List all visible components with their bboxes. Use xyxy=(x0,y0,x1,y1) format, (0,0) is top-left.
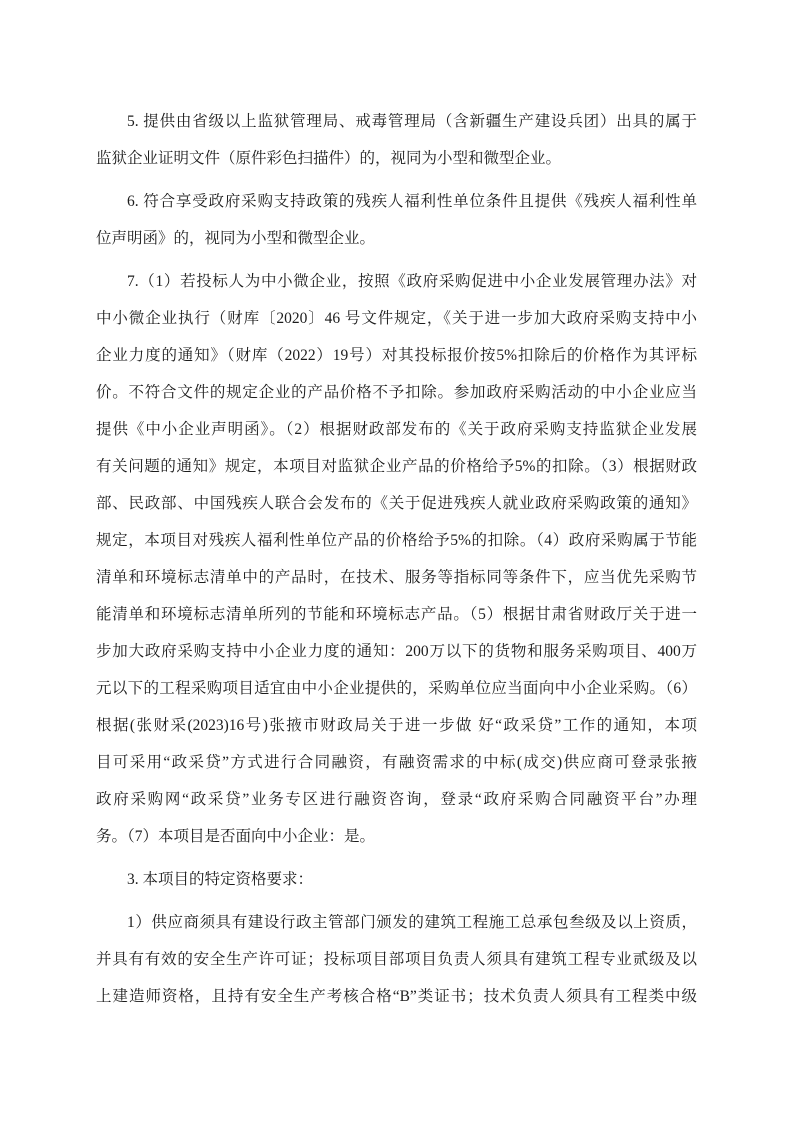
clause-3-specific-qualification-heading: 3. 本项目的特定资格要求： xyxy=(96,861,697,898)
text-line: 目可采用“政采贷”方式进行合同融资，有融资需求的中标(成交)供应商可登录张掖 xyxy=(96,744,697,781)
text-line: 能清单和环境标志清单所列的节能和环境标志产品。（5）根据甘肃省财政厅关于进一 xyxy=(96,596,697,633)
text-line: 政府采购网“政采贷”业务专区进行融资咨询，登录“政府采购合同融资平台”办理 xyxy=(96,781,697,818)
text-line: 6. 符合享受政府采购支持政策的残疾人福利性单位条件且提供《残疾人福利性单 xyxy=(96,183,697,220)
text-line: 元以下的工程采购项目适宜由中小企业提供的，采购单位应当面向中小企业采购。（6） xyxy=(96,670,697,707)
text-line: 提供《中小企业声明函》。（2）根据财政部发布的《关于政府采购支持监狱企业发展 xyxy=(96,411,697,448)
text-line: 务。（7）本项目是否面向中小企业：是。 xyxy=(96,818,697,855)
text-line: 7.（1）若投标人为中小微企业，按照《政府采购促进中小企业发展管理办法》对 xyxy=(96,263,697,300)
text-line: 3. 本项目的特定资格要求： xyxy=(96,861,697,898)
text-line: 企业力度的通知》（财库（2022）19号）对其投标报价按5%扣除后的价格作为其评… xyxy=(96,337,697,374)
text-line: 中小微企业执行（财库〔2020〕46 号文件规定，《关于进一步加大政府采购支持中… xyxy=(96,300,697,337)
text-line: 并具有有效的安全生产许可证；投标项目部项目负责人须具有建筑工程专业贰级及以 xyxy=(96,941,697,978)
text-line: 规定，本项目对残疾人福利性单位产品的价格给予5%的扣除。（4）政府采购属于节能 xyxy=(96,522,697,559)
text-line: 根据(张财采(2023)16号)张掖市财政局关于进一步做 好“政采贷”工作的通知… xyxy=(96,707,697,744)
clause-3-item-1-supplier-qualification: 1）供应商须具有建设行政主管部门颁发的建筑工程施工总承包叁级及以上资质，并具有有… xyxy=(96,904,697,1015)
text-line: 5. 提供由省级以上监狱管理局、戒毒管理局（含新疆生产建设兵团）出具的属于 xyxy=(96,103,697,140)
text-line: 监狱企业证明文件（原件彩色扫描件）的，视同为小型和微型企业。 xyxy=(96,140,697,177)
clause-7-policy-details: 7.（1）若投标人为中小微企业，按照《政府采购促进中小企业发展管理办法》对中小微… xyxy=(96,263,697,855)
clause-5-prison-enterprise: 5. 提供由省级以上监狱管理局、戒毒管理局（含新疆生产建设兵团）出具的属于监狱企… xyxy=(96,103,697,177)
text-line: 清单和环境标志清单中的产品时，在技术、服务等指标同等条件下，应当优先采购节 xyxy=(96,559,697,596)
text-line: 有关问题的通知》规定，本项目对监狱企业产品的价格给予5%的扣除。（3）根据财政 xyxy=(96,448,697,485)
text-line: 1）供应商须具有建设行政主管部门颁发的建筑工程施工总承包叁级及以上资质， xyxy=(96,904,697,941)
text-line: 步加大政府采购支持中小企业力度的通知：200万以下的货物和服务采购项目、400万 xyxy=(96,633,697,670)
text-line: 价。不符合文件的规定企业的产品价格不予扣除。参加政府采购活动的中小企业应当 xyxy=(96,374,697,411)
text-line: 位声明函》的，视同为小型和微型企业。 xyxy=(96,220,697,257)
text-line: 上建造师资格，且持有安全生产考核合格“B”类证书；技术负责人须具有工程类中级 xyxy=(96,978,697,1015)
clause-6-disabled-welfare-unit: 6. 符合享受政府采购支持政策的残疾人福利性单位条件且提供《残疾人福利性单位声明… xyxy=(96,183,697,257)
text-line: 部、民政部、中国残疾人联合会发布的《关于促进残疾人就业政府采购政策的通知》 xyxy=(96,485,697,522)
document-page: 5. 提供由省级以上监狱管理局、戒毒管理局（含新疆生产建设兵团）出具的属于监狱企… xyxy=(0,0,793,1122)
